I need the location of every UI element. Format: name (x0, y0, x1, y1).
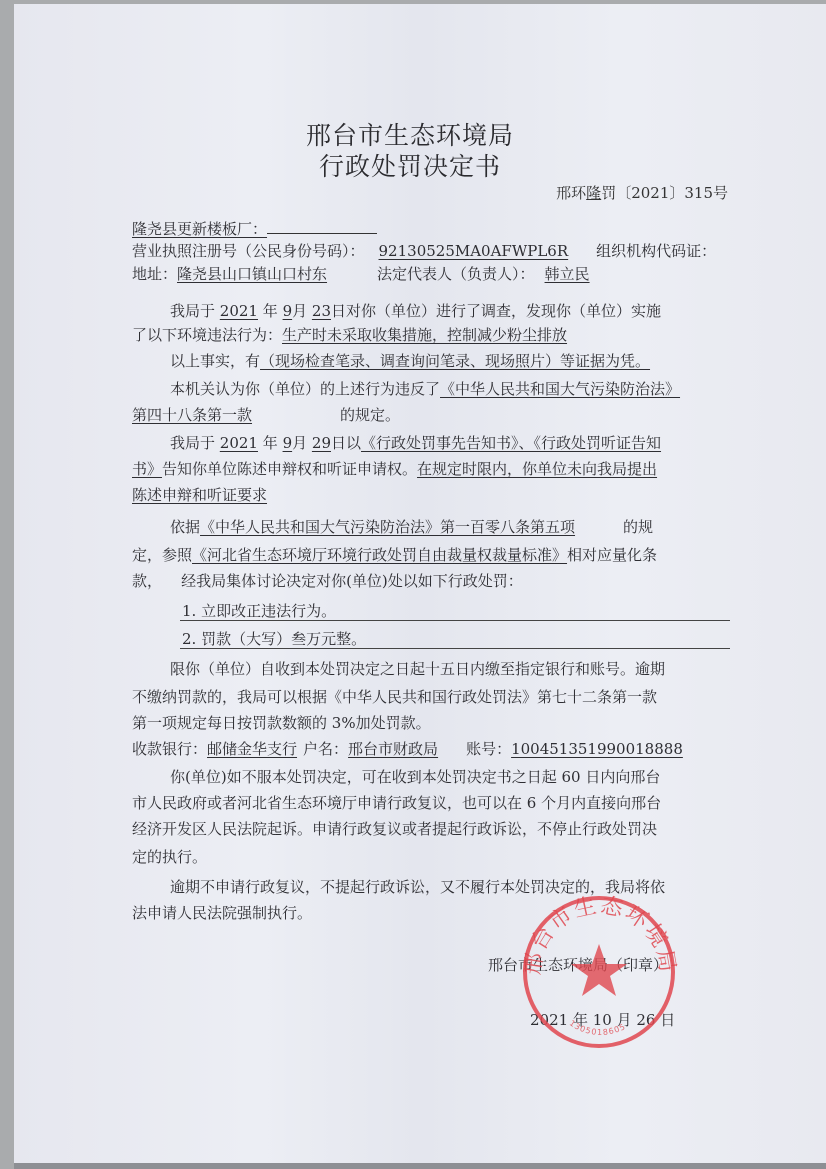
notice-result: 在规定时限内，你单位未向我局提出 (417, 460, 657, 478)
text: 月 (292, 434, 307, 452)
address-label: 地址： (132, 265, 177, 283)
enforcement-line-1: 逾期不申请行政复议，不提起行政诉讼，又不履行本处罚决定的，我局将依 (170, 876, 665, 898)
text: 的规 (623, 518, 653, 536)
notice-year: 2021 (220, 434, 258, 452)
doc-number-prefix: 邢环 (556, 184, 586, 202)
investigation-year: 2021 (220, 302, 258, 320)
basis-line-3: 款， 经我局集体讨论决定对你(单位)处以如下行政处罚： (132, 570, 523, 592)
text: 日对你（单位）进行了调查，发现你（单位）实施 (331, 302, 661, 320)
violated-law-line-1: 本机关认为你（单位）的上述行为违反了《中华人民共和国大气污染防治法》 (170, 378, 680, 400)
party-name: 隆尧县更新楼板厂： (132, 220, 267, 238)
notice-line-1: 我局于 2021 年 9月 29日以《行政处罚事先告知书》、《行政处罚听证告知 (170, 432, 661, 454)
payment-line-3: 第一项规定每日按罚款数额的 3%加处罚款。 (132, 712, 431, 734)
text: 月 (292, 302, 307, 320)
address-value: 隆尧县山口镇山口村东 (177, 265, 377, 283)
notice-line-3: 陈述申辩和听证要求 (132, 484, 267, 506)
rep-value: 韩立民 (535, 265, 600, 283)
penalty-item-1: 1. 立即改正违法行为。 (182, 600, 336, 622)
license-value: 92130525MA0AFWPL6R (365, 242, 597, 260)
violated-law-line-2: 第四十八条第一款的规定。 (132, 404, 400, 426)
payment-line-2: 不缴纳罚款的，我局可以根据《中华人民共和国行政处罚法》第七十二条第一款 (132, 686, 657, 708)
evidence-line: 以上事实，有（现场检查笔录、调查询问笔录、现场照片）等证据为凭。 (170, 350, 650, 372)
text: 以上事实，有 (170, 352, 260, 370)
enforcement-line-2: 法申请人民法院强制执行。 (132, 902, 312, 924)
license-line: 营业执照注册号（公民身份号码）：92130525MA0AFWPL6R组织机构代码… (132, 240, 716, 262)
appeal-line-3: 经济开发区人民法院起诉。申请行政复议或者提起行政诉讼，不停止行政处罚决 (132, 818, 657, 840)
text: 日以 (331, 434, 361, 452)
penalty-item-2-rule (180, 648, 730, 649)
account-name-value: 邢台市财政局 (348, 740, 466, 758)
text: 相对应量化条 (567, 546, 657, 564)
investigation-month: 9 (283, 302, 293, 320)
doc-number-underlined: 隆 (586, 184, 601, 202)
appeal-line-2: 市人民政府或者河北省生态环境厅申请行政复议，也可以在 6 个月内直接向邢台 (132, 792, 661, 814)
issue-date: 2021 年 10 月 26 日 (530, 1009, 675, 1030)
notice-documents-cont: 书》 (132, 460, 162, 478)
evidence: （现场检查笔录、调查询问笔录、现场照片）等证据为凭。 (260, 352, 650, 370)
text: 本机关认为你（单位）的上述行为违反了 (170, 380, 440, 398)
penalty-basis: 《中华人民共和国大气污染防治法》第一百零八条第五项 (200, 518, 623, 536)
address-line: 地址：隆尧县山口镇山口村东法定代表人（负责人）：韩立民 (132, 263, 600, 285)
text: 告知你单位陈述申辩权和听证申请权。 (162, 460, 417, 478)
notice-day: 29 (312, 434, 331, 452)
text: 我局于 (170, 302, 215, 320)
investigation-line-2: 了以下环境违法行为：生产时未采取收集措施，控制减少粉尘排放 (132, 324, 627, 346)
doc-number-suffix: 罚〔2021〕315号 (601, 184, 728, 202)
text: 的规定。 (340, 406, 400, 424)
scan-edge (14, 1163, 826, 1169)
rep-label: 法定代表人（负责人）： (377, 265, 535, 283)
basis-line-1: 依据《中华人民共和国大气污染防治法》第一百零八条第五项的规 (170, 516, 653, 538)
penalty-item-2: 2. 罚款（大写）叁万元整。 (182, 628, 366, 650)
notice-result-cont: 陈述申辩和听证要求 (132, 486, 267, 504)
penalty-item-1-rule (180, 620, 730, 621)
basis-line-2: 定，参照《河北省生态环境厅环境行政处罚自由裁量权裁量标准》相对应量化条 (132, 544, 657, 566)
license-label: 营业执照注册号（公民身份号码）： (132, 242, 365, 260)
investigation-day: 23 (312, 302, 331, 320)
org-code-label: 组织机构代码证： (596, 242, 716, 260)
text: 年 (263, 434, 278, 452)
text: 年 (263, 302, 278, 320)
notice-month: 9 (283, 434, 293, 452)
appeal-line-4: 定的执行。 (132, 846, 207, 868)
investigation-line-1: 我局于 2021 年 9月 23日对你（单位）进行了调查，发现你（单位）实施 (170, 300, 661, 322)
text: 款， 经我局集体讨论决定对你(单位)处以如下行政处罚： (132, 572, 523, 590)
document-page: 邢台市生态环境局 行政处罚决定书 邢环隆罚〔2021〕315号 隆尧县更新楼板厂… (14, 4, 826, 1164)
notice-line-2: 书》告知你单位陈述申辩权和听证申请权。在规定时限内，你单位未向我局提出 (132, 458, 657, 480)
document-type-title: 行政处罚决定书 (4, 147, 816, 183)
text: 定，参照 (132, 546, 192, 564)
bank-label: 收款银行： (132, 740, 207, 758)
notice-documents: 《行政处罚事先告知书》、《行政处罚听证告知 (361, 434, 661, 452)
text: 依据 (170, 518, 200, 536)
discretion-standard: 《河北省生态环境厅环境行政处罚自由裁量权裁量标准》 (192, 546, 567, 564)
party-name-line: 隆尧县更新楼板厂： (132, 218, 377, 240)
document-number: 邢环隆罚〔2021〕315号 (556, 182, 728, 203)
text: 我局于 (170, 434, 215, 452)
bank-info-line: 收款银行：邮储金华支行户名：邢台市财政局账号：10045135199001888… (132, 738, 683, 760)
payment-line-1: 限你（单位）自收到本处罚决定之日起十五日内缴至指定银行和账号。逾期 (170, 658, 665, 680)
violated-article: 第四十八条第一款 (132, 406, 340, 424)
account-no-value: 100451351990018888 (511, 740, 683, 758)
account-no-label: 账号： (466, 740, 511, 758)
text: 了以下环境违法行为： (132, 326, 282, 344)
issuer-signature: 邢台市生态环境局（印章） (488, 954, 668, 975)
blank-line (267, 218, 377, 234)
violated-law: 《中华人民共和国大气污染防治法》 (440, 380, 680, 398)
bank-value: 邮储金华支行 (207, 740, 303, 758)
account-name-label: 户名： (303, 740, 348, 758)
violation-description: 生产时未采取收集措施，控制减少粉尘排放 (282, 326, 627, 344)
appeal-line-1: 你(单位)如不服本处罚决定，可在收到本处罚决定书之日起 60 日内向邢台 (170, 766, 660, 788)
